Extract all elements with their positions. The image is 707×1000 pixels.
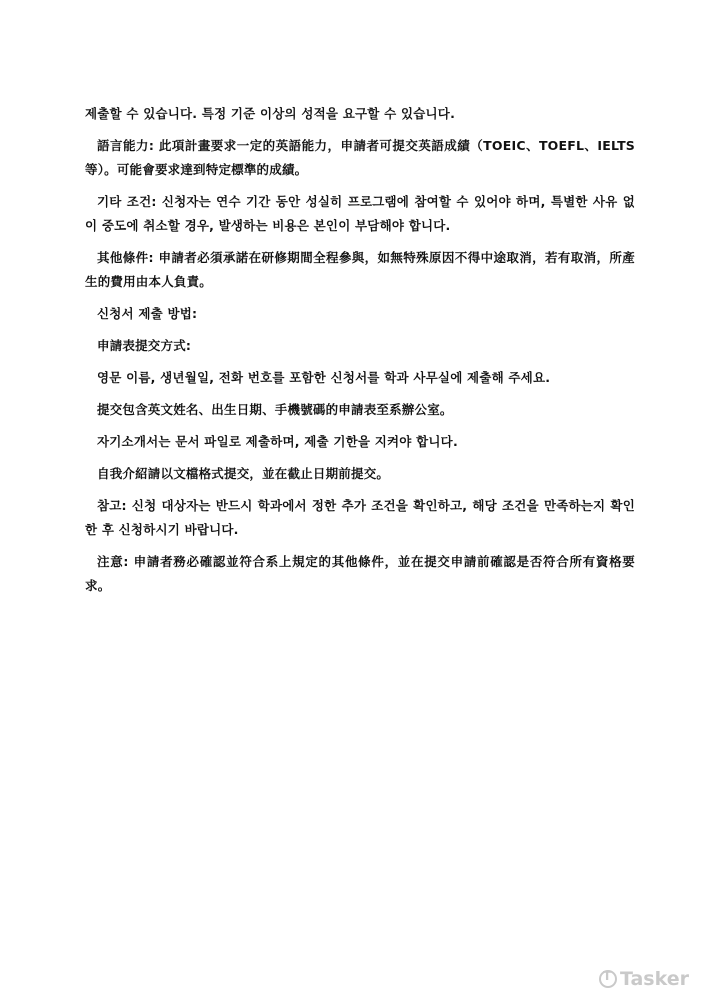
paragraph-submit-form-zh: 提交包含英文姓名、出生日期、手機號碼的申請表至系辦公室。 (85, 398, 635, 422)
paragraph-note-zh: 注意: 申請者務必確認並符合系上規定的其他條件，並在提交申請前確認是否符合所有資… (85, 550, 635, 598)
paragraph-self-intro-zh: 自我介紹請以文檔格式提交，並在截止日期前提交。 (85, 462, 635, 486)
document-page: 제출할 수 있습니다. 특정 기준 이상의 성적을 요구할 수 있습니다. 語言… (85, 102, 635, 606)
paragraph-score-requirement: 제출할 수 있습니다. 특정 기준 이상의 성적을 요구할 수 있습니다. (85, 102, 635, 126)
paragraph-self-intro-ko: 자기소개서는 문서 파일로 제출하며, 제출 기한을 지켜야 합니다. (85, 430, 635, 454)
paragraph-note-ko: 참고: 신청 대상자는 반드시 학과에서 정한 추가 조건을 확인하고, 해당 … (85, 494, 635, 542)
paragraph-language-ability-zh: 語言能力: 此項計畫要求一定的英語能力，申請者可提交英語成績（TOEIC、TOE… (85, 134, 635, 182)
paragraph-other-conditions-ko: 기타 조건: 신청자는 연수 기간 동안 성실히 프로그램에 참여할 수 있어야… (85, 190, 635, 238)
tasker-logo-icon (599, 970, 617, 988)
heading-application-method-zh: 申請表提交方式: (85, 334, 635, 358)
watermark: Tasker (599, 968, 689, 990)
watermark-label: Tasker (620, 968, 689, 990)
paragraph-submit-form-ko: 영문 이름, 생년월일, 전화 번호를 포함한 신청서를 학과 사무실에 제출해… (85, 366, 635, 390)
heading-application-method-ko: 신청서 제출 방법: (85, 302, 635, 326)
paragraph-other-conditions-zh: 其他條件: 申請者必須承諾在研修期間全程參與，如無特殊原因不得中途取消，若有取消… (85, 246, 635, 294)
